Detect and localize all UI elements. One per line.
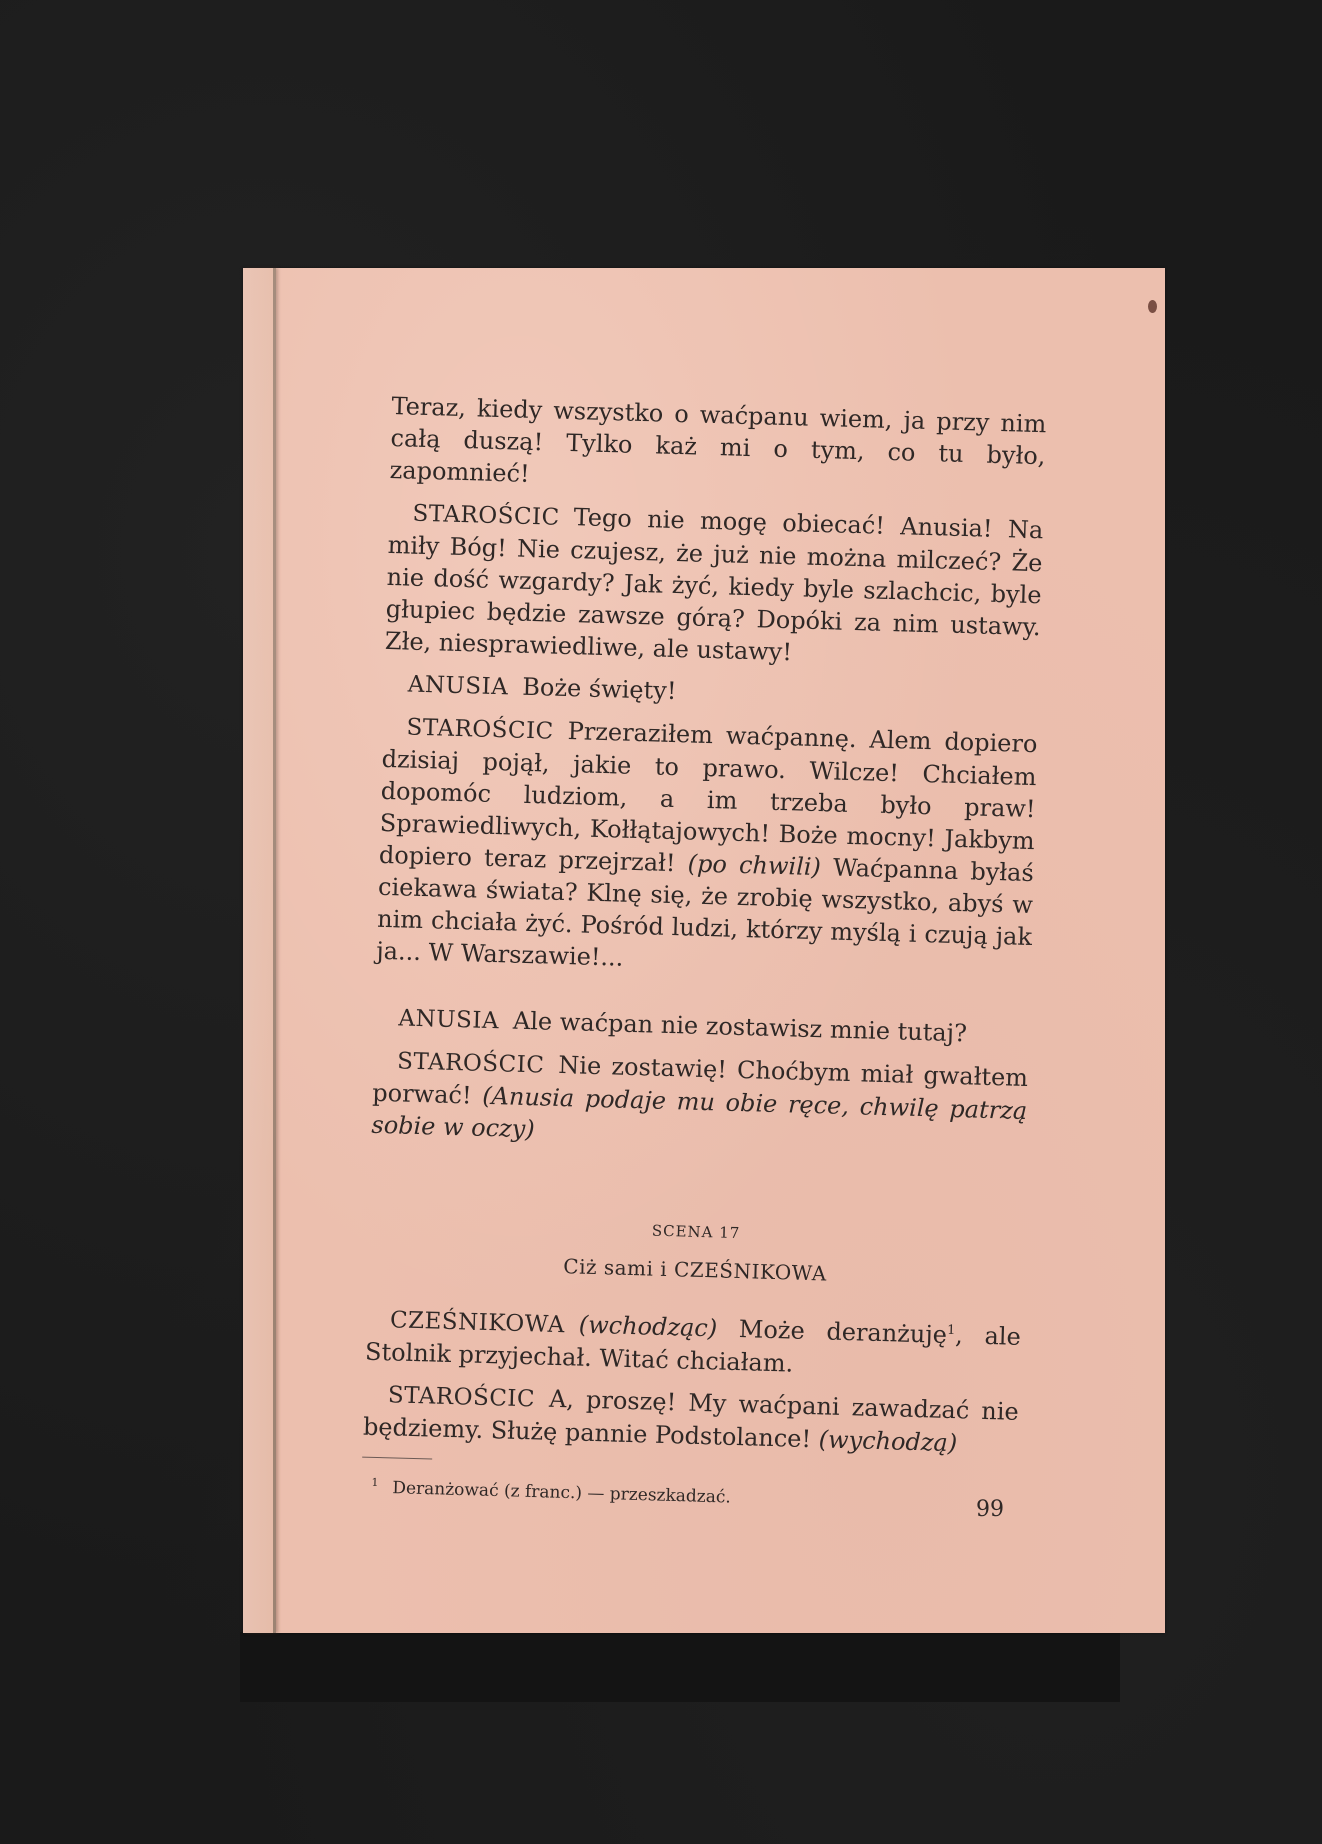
speaker-name: STAROŚCIC — [388, 1382, 536, 1412]
speaker-name: CZEŚNIKOWA — [390, 1307, 566, 1338]
dialogue-staroscic-3: STAROŚCICNie zostawię! Choćbym miał gwał… — [371, 1044, 1028, 1159]
footnote-divider — [362, 1457, 432, 1460]
page-binding-edge — [243, 268, 276, 1633]
continuation-paragraph: Teraz, kiedy wszystko o waćpanu wiem, ja… — [389, 390, 1046, 504]
speaker-name: ANUSIA — [407, 672, 508, 701]
dialogue-text: Boże święty! — [522, 673, 677, 705]
page-number: 99 — [976, 1497, 1004, 1522]
speaker-name: ANUSIA — [398, 1005, 499, 1034]
speaker-name: STAROŚCIC — [406, 715, 554, 745]
page-text: Teraz, kiedy wszystko o waćpanu wiem, ja… — [361, 390, 1047, 1517]
speaker-name: STAROŚCIC — [412, 501, 560, 531]
dialogue-anusia-1: ANUSIABoże święty! — [383, 667, 1039, 718]
paragraph-text: Teraz, kiedy wszystko o waćpanu wiem, ja… — [389, 392, 1046, 488]
stage-direction: (wchodząc) — [578, 1311, 717, 1343]
stage-direction: (po chwili) — [687, 849, 821, 881]
dialogue-text: Może deranżuję — [739, 1315, 948, 1349]
speaker-name: STAROŚCIC — [397, 1048, 545, 1078]
dialogue-staroscic-4: STAROŚCICA, proszę! My waćpani zawadzać … — [363, 1378, 1020, 1461]
scan-shadow-band — [240, 1632, 1120, 1702]
dialogue-czesnikowa-1: CZEŚNIKOWA(wchodząc) Może deranżuję1, al… — [365, 1303, 1022, 1386]
dialogue-staroscic-2: STAROŚCICPrzeraziłem waćpannę. Alem dopi… — [376, 710, 1038, 985]
paper-stain-mark — [1148, 300, 1157, 313]
dialogue-staroscic-1: STAROŚCICTego nie mogę obiecać! Anusia! … — [385, 496, 1044, 675]
footnote-mark: 1 — [371, 1476, 378, 1489]
stage-direction: (wychodzą) — [818, 1425, 957, 1457]
